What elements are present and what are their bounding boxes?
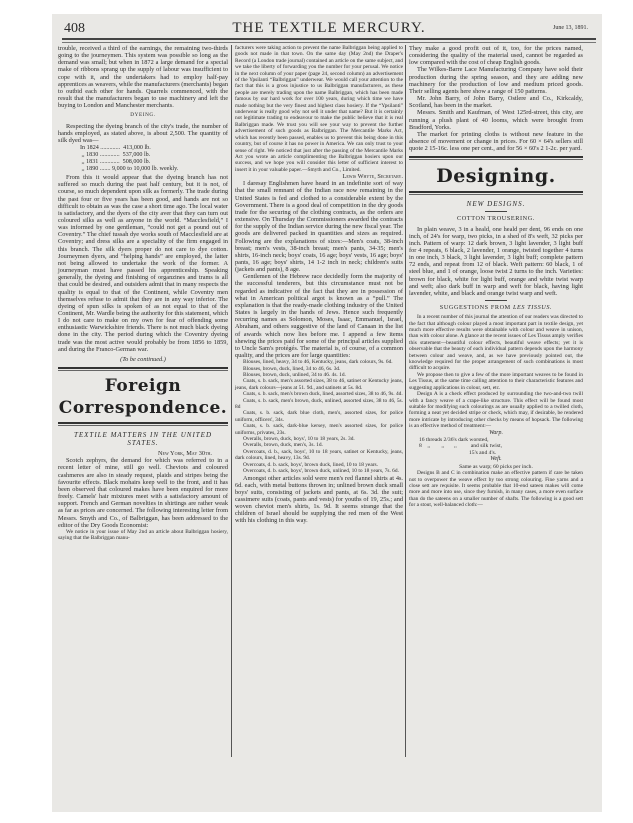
heading-suggestions: SUGGESTIONS FROM LES TISSUS. [409, 304, 583, 311]
section-title-foreign: Foreign [58, 376, 228, 396]
paragraph: I daresay Englishmen have heard in an in… [235, 180, 403, 273]
letter-text: facturers were taking action to prevent … [235, 45, 403, 173]
paragraph: trouble, received a third of the earning… [58, 45, 228, 109]
warp-spec: 8 ,, ,, ,, and silk twist, [409, 443, 583, 450]
paragraph: Scotch zephyrs, the demand for which was… [58, 457, 228, 529]
section-rule [58, 422, 228, 426]
paragraph: Amongst other articles sold were men's r… [235, 475, 403, 525]
price-item: Coats, s. b. sack, dark-blue kersey, men… [235, 423, 403, 436]
heading-text-italic: LES TISSUS. [513, 304, 552, 311]
column-divider [405, 45, 406, 757]
paragraph: They make a good profit out of it, too, … [409, 45, 583, 66]
newspaper-page: 408 THE TEXTILE MERCURY. June 13, 1891. … [52, 14, 602, 812]
subheading-dyeing: DYEING. [58, 112, 228, 119]
paragraph: Gentlemen of the Hebrew race decidedly f… [235, 273, 403, 359]
paragraph: The market for printing cloths is withou… [409, 131, 583, 152]
page-header: 408 THE TEXTILE MERCURY. June 13, 1891. [62, 20, 596, 38]
paragraph: In plain weave, 3 in a heald, one heald … [409, 226, 583, 298]
paragraph: In a recent number of this journal the a… [409, 314, 583, 372]
dateline: New York, May 30th. [58, 450, 228, 457]
paragraph: Respecting the dyeing branch of the city… [58, 123, 228, 144]
price-item: Blouses, lined, heavy, 34 to 46, Kentuck… [235, 359, 403, 365]
paragraph: Messrs. Smith and Kaufman, of West 125rd… [409, 109, 583, 130]
section-title-designing: Designing. [409, 165, 583, 187]
short-rule [485, 211, 507, 212]
warp-spec: 16 threads 2/36's dark worsted, [409, 437, 583, 444]
price-item: Coats, s. b. sack, men's brown duck, lin… [235, 391, 403, 397]
paragraph: We propose then to give a few of the mor… [409, 372, 583, 391]
column-divider [231, 45, 232, 757]
paragraph: The Wilkes-Barre Lace Manufacturing Comp… [409, 66, 583, 95]
paragraph: Mr. John Barry, of John Barry, Ostlere a… [409, 95, 583, 109]
heading-text: SUGGESTIONS FROM [440, 304, 511, 311]
issue-date: June 13, 1891. [553, 25, 588, 31]
article-title: TEXTILE MATTERS IN THE UNITED STATES. [58, 431, 228, 447]
header-rule [62, 38, 596, 40]
price-item: Coats, s. b. sack, men's brown, duck, un… [235, 398, 403, 411]
letter-text: We notice in your issue of May 2nd an ar… [58, 529, 228, 542]
price-item: Overcoats, d. b. sack, boys', brown duck… [235, 468, 403, 474]
section-rule [409, 191, 583, 195]
section-title-correspondence: Correspondence. [58, 398, 228, 418]
column-left: trouble, received a third of the earning… [58, 45, 228, 542]
section-rule [58, 367, 228, 371]
silk-dyed-table: In 1824 ............. 413,000 lb. ,, 183… [80, 145, 228, 173]
price-item: Coats, s. b. sack, men's assorted sizes,… [235, 378, 403, 391]
warp-label: Warp. [409, 430, 583, 437]
paragraph: Designs B and C in combination make an e… [409, 470, 583, 508]
heading-cotton-trousering: COTTON TROUSERING. [409, 215, 583, 222]
table-row: ,, 1830 ............. 537,000 lb. [80, 152, 228, 159]
weft-label: Weft. [409, 456, 583, 463]
subsection-new-designs: NEW DESIGNS. [409, 200, 583, 208]
section-rule [409, 156, 583, 160]
paragraph: From this it would appear that the dyein… [58, 174, 228, 353]
masthead-title: THE TEXTILE MERCURY. [62, 20, 596, 37]
letter-signature: Lewis Whyte, Secretary. [235, 173, 403, 180]
table-row: ,, 1831 ............. 508,000 lb. [80, 159, 228, 166]
continued-note: (To be continued.) [58, 356, 228, 363]
column-right: They make a good profit out of it, too, … [409, 45, 583, 509]
short-rule [485, 300, 507, 301]
price-item: Overcoats, d. b., sack, boys', 10 to 18 … [235, 449, 403, 462]
paragraph: Design A is a check effect produced by s… [409, 391, 583, 429]
column-middle: facturers were taking action to prevent … [235, 45, 403, 525]
table-row: ,, 1890 ....... 9,000 to 10,000 lb. week… [80, 166, 228, 173]
header-rule-thin [62, 42, 596, 43]
price-item: Coats, s. b. sack, dark blue cloth, men'… [235, 410, 403, 423]
table-row: In 1824 ............. 413,000 lb. [80, 145, 228, 152]
price-list: Blouses, lined, heavy, 34 to 46, Kentuck… [235, 359, 403, 474]
